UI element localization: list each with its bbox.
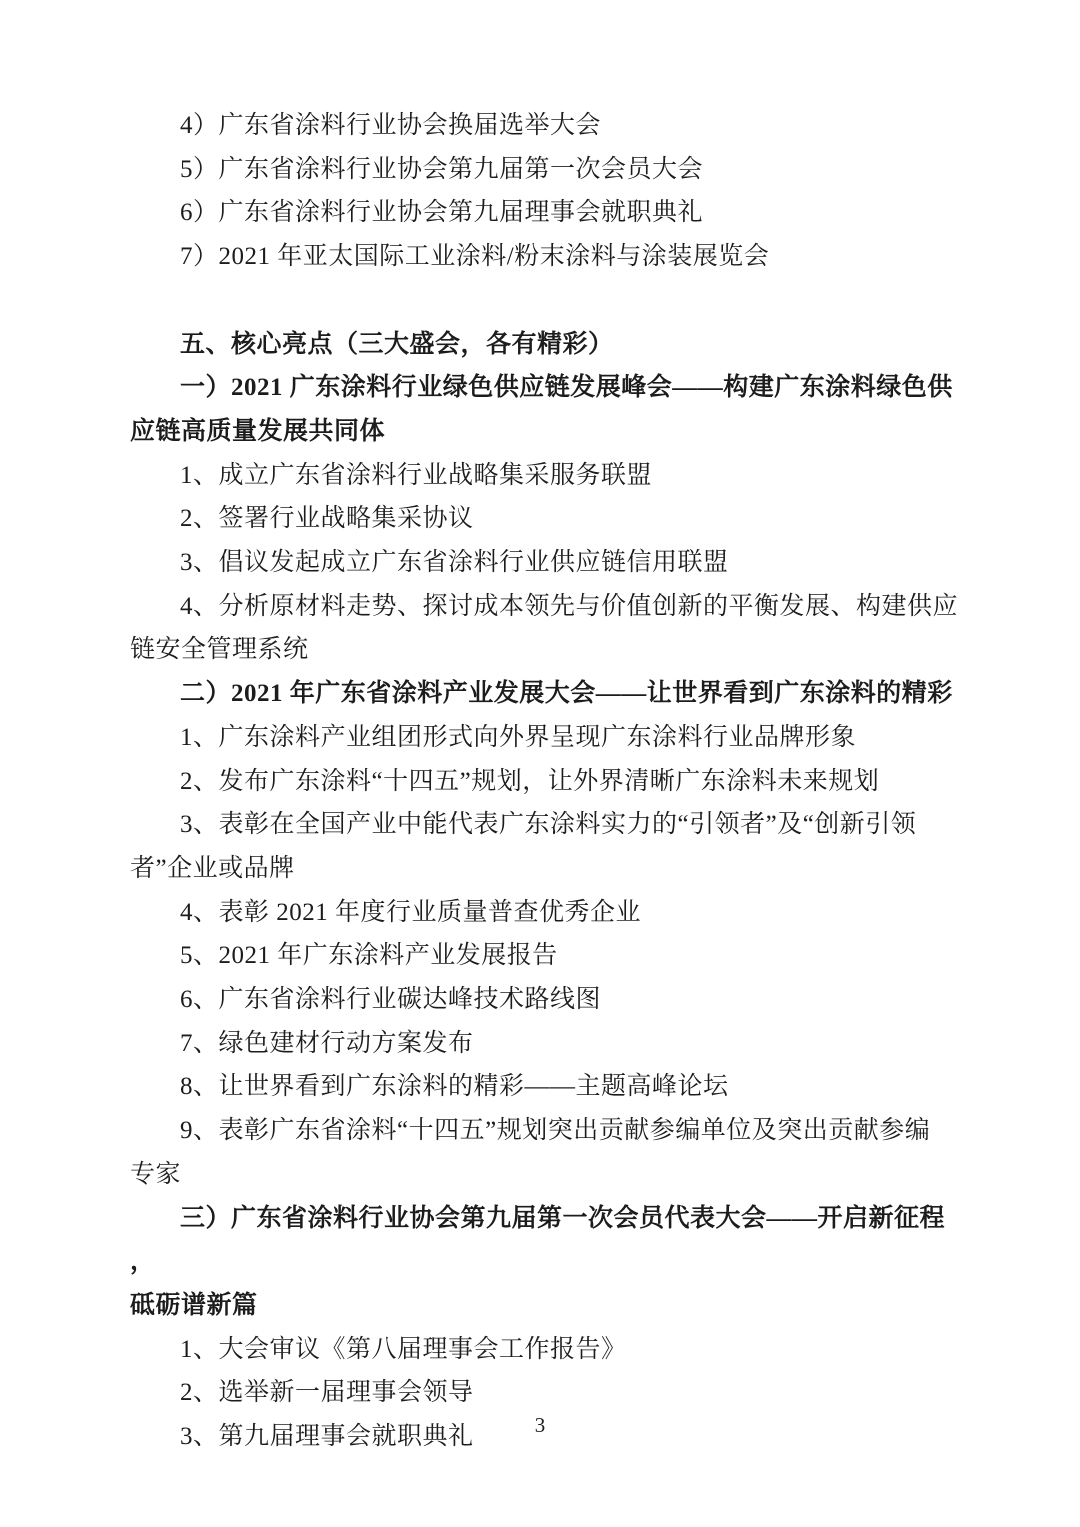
text-line: 1、大会审议《第八届理事会工作报告》: [130, 1328, 976, 1372]
text-line: 者”企业或品牌: [130, 847, 976, 891]
text-line: 6）广东省涂料行业协会第九届理事会就职典礼: [130, 191, 976, 235]
text-line: 7）2021 年亚太国际工业涂料/粉末涂料与涂装展览会: [130, 235, 976, 279]
text-line: 2、签署行业战略集采协议: [130, 497, 976, 541]
text-line: 4、分析原材料走势、探讨成本领先与价值创新的平衡发展、构建供应: [130, 585, 976, 629]
text-line: 2、选举新一届理事会领导: [130, 1371, 976, 1415]
text-line: 五、核心亮点（三大盛会，各有精彩）: [130, 323, 976, 367]
text-line: 5）广东省涂料行业协会第九届第一次会员大会: [130, 148, 976, 192]
text-line: 砥砺谱新篇: [130, 1284, 976, 1328]
text-line: [130, 279, 976, 323]
page-number: 3: [0, 1412, 1080, 1438]
document-content: 4）广东省涂料行业协会换届选举大会5）广东省涂料行业协会第九届第一次会员大会6）…: [130, 104, 976, 1459]
text-line: 三）广东省涂料行业协会第九届第一次会员代表大会——开启新征程 ，: [130, 1197, 976, 1284]
text-line: 2、发布广东涂料“十四五”规划，让外界清晰广东涂料未来规划: [130, 760, 976, 804]
text-line: 3、表彰在全国产业中能代表广东涂料实力的“引领者”及“创新引领: [130, 803, 976, 847]
text-line: 专家: [130, 1153, 976, 1197]
text-line: 5、2021 年广东涂料产业发展报告: [130, 934, 976, 978]
text-line: 4）广东省涂料行业协会换届选举大会: [130, 104, 976, 148]
text-line: 7、绿色建材行动方案发布: [130, 1022, 976, 1066]
document-page: 4）广东省涂料行业协会换届选举大会5）广东省涂料行业协会第九届第一次会员大会6）…: [0, 0, 1080, 1527]
text-line: 8、让世界看到广东涂料的精彩——主题高峰论坛: [130, 1065, 976, 1109]
text-line: 3、倡议发起成立广东省涂料行业供应链信用联盟: [130, 541, 976, 585]
text-line: 一）2021 广东涂料行业绿色供应链发展峰会——构建广东涂料绿色供: [130, 366, 976, 410]
text-line: 1、广东涂料产业组团形式向外界呈现广东涂料行业品牌形象: [130, 716, 976, 760]
text-line: 应链高质量发展共同体: [130, 410, 976, 454]
text-line: 1、成立广东省涂料行业战略集采服务联盟: [130, 454, 976, 498]
text-line: 6、广东省涂料行业碳达峰技术路线图: [130, 978, 976, 1022]
text-line: 链安全管理系统: [130, 628, 976, 672]
text-line: 二）2021 年广东省涂料产业发展大会——让世界看到广东涂料的精彩: [130, 672, 976, 716]
text-line: 9、表彰广东省涂料“十四五”规划突出贡献参编单位及突出贡献参编: [130, 1109, 976, 1153]
text-line: 4、表彰 2021 年度行业质量普查优秀企业: [130, 891, 976, 935]
